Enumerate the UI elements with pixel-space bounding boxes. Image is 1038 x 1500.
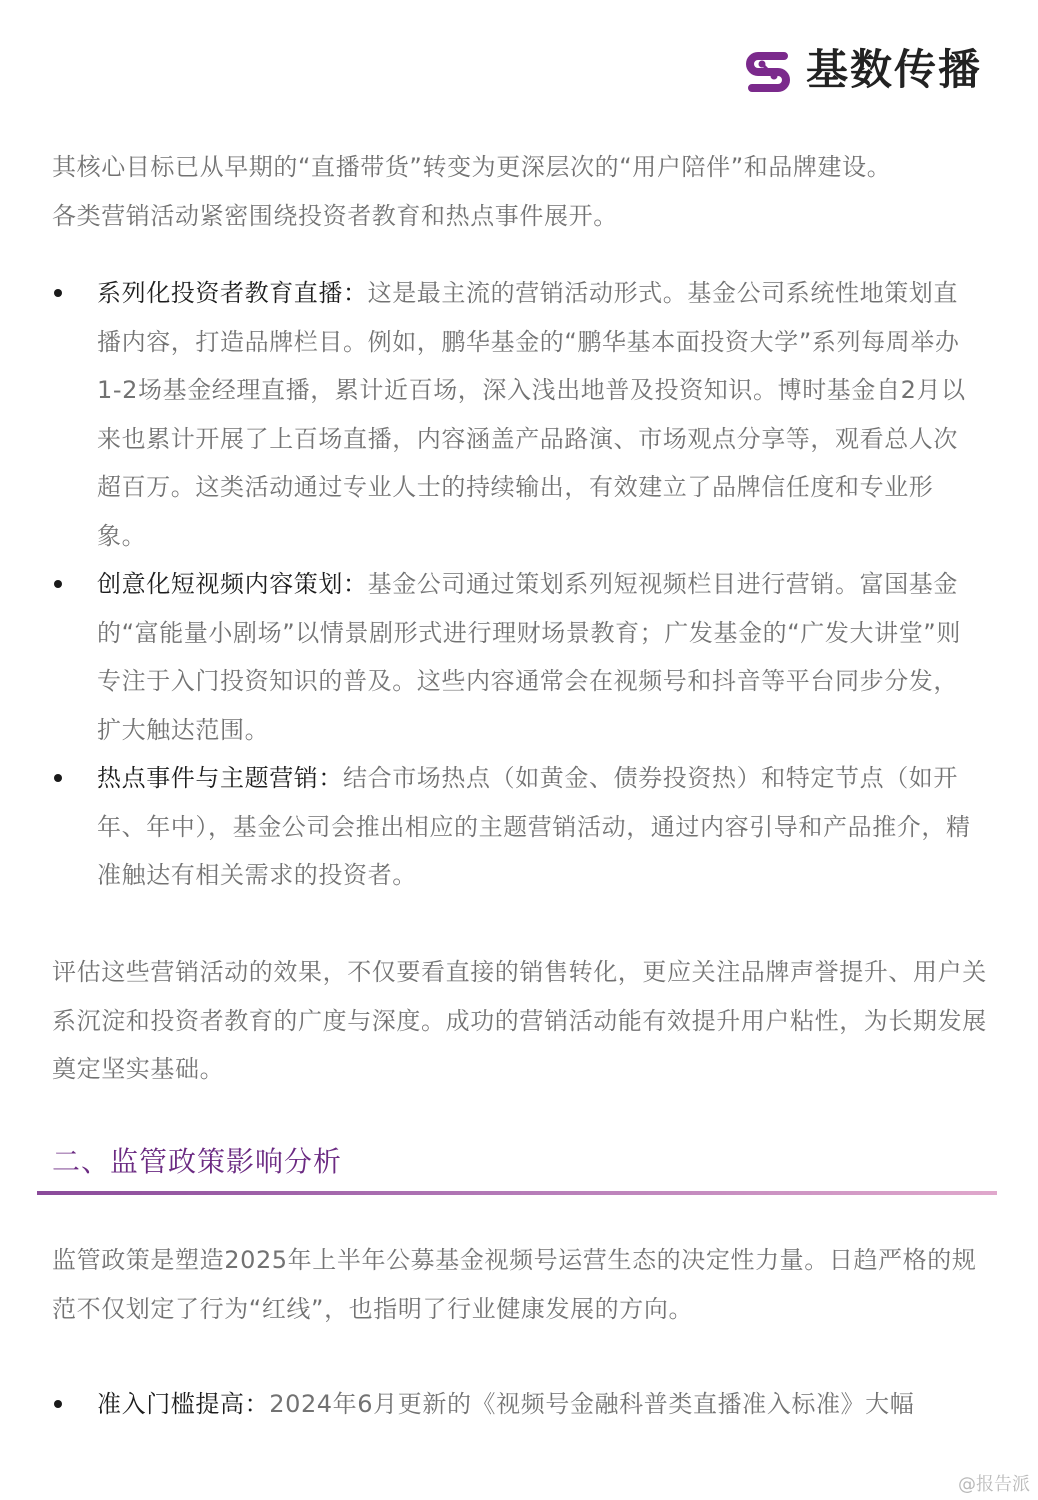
bullet-text: 这是最主流的营销活动形式。基金公司系统性地策划直播内容，打造品牌栏目。例如，鹏华… <box>97 279 966 550</box>
bullet-title: 系列化投资者教育直播： <box>97 279 368 307</box>
intro-line-2: 各类营销活动紧密围绕投资者教育和热点事件展开。 <box>52 192 1002 241</box>
bullet-title: 准入门槛提高： <box>97 1390 269 1418</box>
regulation-list: 准入门槛提高：2024年6月更新的《视频号金融科普类直播准入标准》大幅 <box>52 1380 982 1429</box>
bullet-dot-icon <box>54 1400 62 1408</box>
regulation-intro-paragraph: 监管政策是塑造2025年上半年公募基金视频号运营生态的决定性力量。日趋严格的规范… <box>52 1236 987 1333</box>
evaluation-paragraph: 评估这些营销活动的效果，不仅要看直接的销售转化，更应关注品牌声誉提升、用户关系沉… <box>52 948 997 1094</box>
bullet-title: 创意化短视频内容策划： <box>97 570 368 598</box>
bullet-text: 2024年6月更新的《视频号金融科普类直播准入标准》大幅 <box>269 1390 914 1418</box>
bullet-dot-icon <box>54 774 62 782</box>
list-item-investor-education-live: 系列化投资者教育直播：这是最主流的营销活动形式。基金公司系统性地策划直播内容，打… <box>52 269 982 560</box>
bullet-title: 热点事件与主题营销： <box>97 764 343 792</box>
brand-logo: 基数传播 <box>740 40 982 100</box>
section-heading: 二、监管政策影响分析 <box>52 1140 342 1184</box>
watermark: @报告派 <box>958 1470 1030 1496</box>
brand-s-icon <box>740 42 796 98</box>
list-item-entry-threshold: 准入门槛提高：2024年6月更新的《视频号金融科普类直播准入标准》大幅 <box>52 1380 982 1429</box>
bullet-dot-icon <box>54 289 62 297</box>
brand-name: 基数传播 <box>806 42 982 98</box>
list-item-short-video-planning: 创意化短视频内容策划：基金公司通过策划系列短视频栏目进行营销。富国基金的“富能量… <box>52 560 982 754</box>
intro-line-1: 其核心目标已从早期的“直播带货”转变为更深层次的“用户陪伴”和品牌建设。 <box>52 143 1002 192</box>
bullet-dot-icon <box>54 580 62 588</box>
section-divider <box>37 1191 997 1195</box>
intro-paragraph: 其核心目标已从早期的“直播带货”转变为更深层次的“用户陪伴”和品牌建设。 各类营… <box>52 143 1002 240</box>
list-item-hot-topic-marketing: 热点事件与主题营销：结合市场热点（如黄金、债券投资热）和特定节点（如开年、年中）… <box>52 754 982 900</box>
marketing-activities-list: 系列化投资者教育直播：这是最主流的营销活动形式。基金公司系统性地策划直播内容，打… <box>52 269 982 900</box>
